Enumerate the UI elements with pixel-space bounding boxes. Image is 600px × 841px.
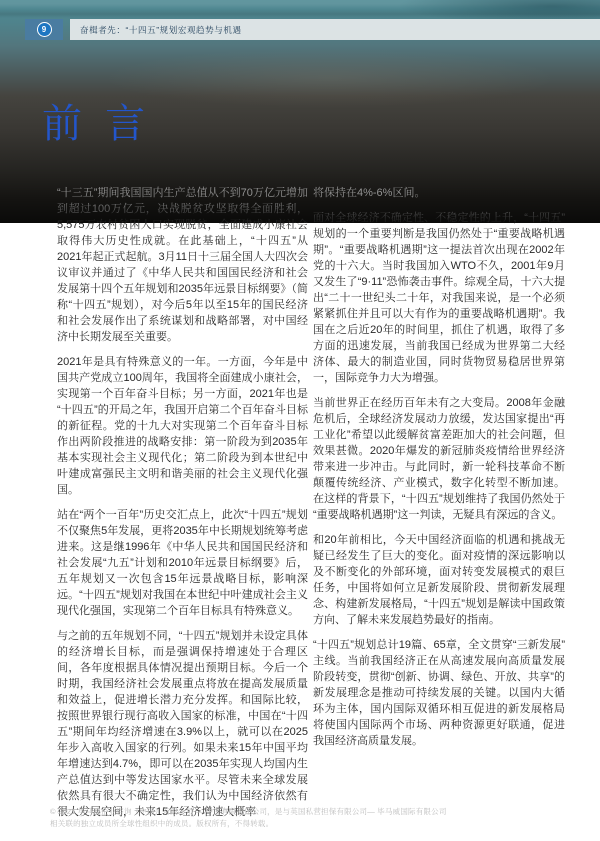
section-title: 前 言 xyxy=(42,92,151,149)
paragraph: 2021年是具有特殊意义的一年。一方面，今年是中国共产党成立100周年，我国将全… xyxy=(57,354,308,498)
paragraph: 面对全球经济不确定性、不稳定性的上升，“十四五”规划的一个重要判断是我国仍然处于… xyxy=(313,210,565,386)
paragraph: 和20年前相比，今天中国经济面临的机遇和挑战无疑已经发生了巨大的变化。面对疫情的… xyxy=(313,532,565,628)
running-header: 奋楫者先：“十四五”规划宏观趋势与机遇 xyxy=(70,19,600,40)
text-column-left: “十三五”期间我国国内生产总值从不到70万亿元增加到超过100万亿元，决战脱贫攻… xyxy=(57,185,308,829)
paragraph: “十四五”规划总计19篇、65章，全文贯穿“三新发展”主线。当前我国经济正在从高… xyxy=(313,637,565,749)
paragraph: 当前世界正在经历百年未有之大变局。2008年金融危机后，全球经济发展动力放缓，发… xyxy=(313,395,565,523)
paragraph: 站在“两个一百年”历史交汇点上，此次“十四五”规划不仅聚焦5年发展，更将2035… xyxy=(57,507,308,619)
paragraph: 与之前的五年规划不同，“十四五”规划并未设定具体的经济增长目标，而是强调保持增速… xyxy=(57,628,308,820)
page-number: 9 xyxy=(42,23,46,36)
copyright-line: © 2021 毕马威企业咨询（中国）有限公司 — 中国有限责任公司，是与英国私营… xyxy=(50,806,447,818)
text-column-right: 将保持在4%-6%区间。 面对全球经济不确定性、不稳定性的上升，“十四五”规划的… xyxy=(313,185,565,758)
page-header: 9 奋楫者先：“十四五”规划宏观趋势与机遇 xyxy=(0,19,600,40)
page-footer: © 2021 毕马威企业咨询（中国）有限公司 — 中国有限责任公司，是与英国私营… xyxy=(50,806,447,830)
copyright-line: 相关联的独立成员所全球性组织中的成员。版权所有，不得转载。 xyxy=(50,818,447,830)
paragraph: 将保持在4%-6%区间。 xyxy=(313,185,565,201)
paragraph: “十三五”期间我国国内生产总值从不到70万亿元增加到超过100万亿元，决战脱贫攻… xyxy=(57,185,308,345)
document-page: 9 奋楫者先：“十四五”规划宏观趋势与机遇 前 言 “十三五”期间我国国内生产总… xyxy=(0,0,600,841)
page-number-band: 9 xyxy=(25,19,63,40)
page-number-badge: 9 xyxy=(37,22,52,37)
running-header-text: 奋楫者先：“十四五”规划宏观趋势与机遇 xyxy=(80,24,242,36)
